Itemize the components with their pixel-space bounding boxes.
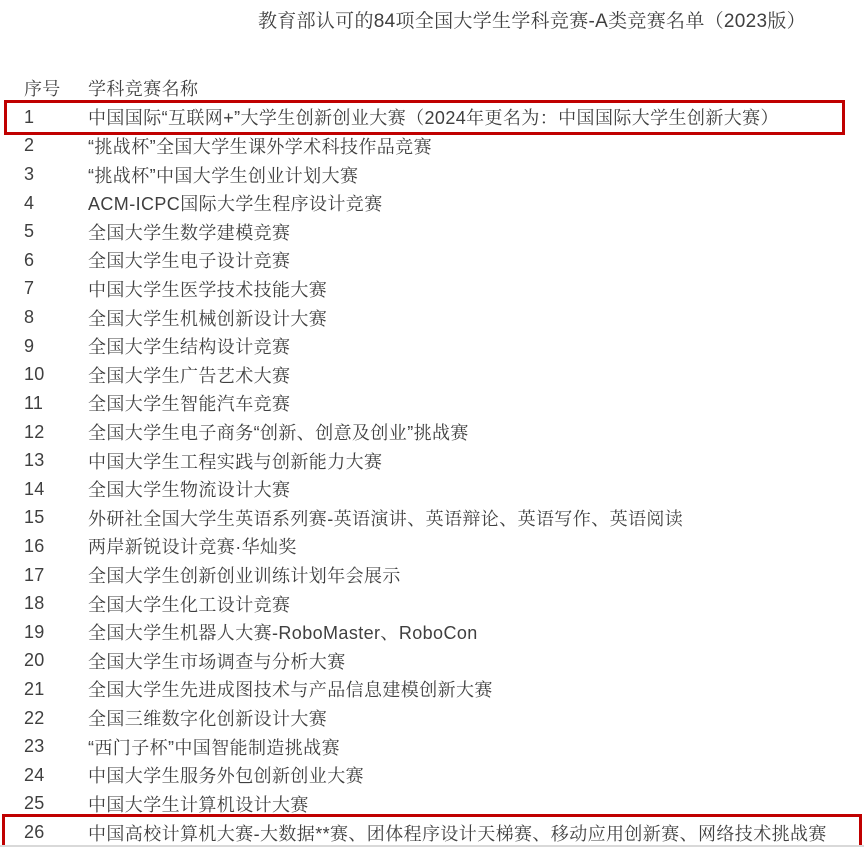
competition-name: 全国大学生智能汽车竞赛 — [88, 390, 864, 416]
row-index: 1 — [24, 107, 88, 128]
row-index: 21 — [24, 679, 88, 700]
competition-name: 中国大学生服务外包创新创业大赛 — [88, 762, 864, 788]
row-index: 11 — [24, 393, 88, 414]
table-row: 22 全国三维数字化创新设计大赛 — [0, 704, 864, 733]
table-row: 15 外研社全国大学生英语系列赛-英语演讲、英语辩论、英语写作、英语阅读 — [0, 504, 864, 533]
competition-name: 全国大学生机器人大赛-RoboMaster、RoboCon — [88, 619, 864, 645]
row-index: 26 — [24, 822, 88, 843]
table-row: 1 中国国际“互联网+”大学生创新创业大赛（2024年更名为：中国国际大学生创新… — [0, 103, 864, 132]
table-row: 5 全国大学生数学建模竞赛 — [0, 217, 864, 246]
table-row: 26 中国高校计算机大赛-大数据**赛、团体程序设计天梯赛、移动应用创新赛、网络… — [0, 818, 864, 847]
table-row: 3 “挑战杯”中国大学生创业计划大赛 — [0, 160, 864, 189]
column-header-name: 学科竞赛名称 — [88, 75, 864, 101]
competition-table: 序号 学科竞赛名称 1 中国国际“互联网+”大学生创新创业大赛（2024年更名为… — [0, 74, 864, 101]
competition-name: 全国大学生电子设计竞赛 — [88, 247, 864, 273]
row-index: 13 — [24, 450, 88, 471]
competition-name: ACM-ICPC国际大学生程序设计竞赛 — [88, 190, 864, 216]
table-row: 2 “挑战杯”全国大学生课外学术科技作品竞赛 — [0, 132, 864, 161]
table-row: 6 全国大学生电子设计竞赛 — [0, 246, 864, 275]
row-index: 4 — [24, 193, 88, 214]
competition-name: 中国大学生计算机设计大赛 — [88, 791, 864, 817]
table-row: 18 全国大学生化工设计竞赛 — [0, 589, 864, 618]
row-index: 16 — [24, 536, 88, 557]
table-row: 12 全国大学生电子商务“创新、创意及创业”挑战赛 — [0, 418, 864, 447]
row-index: 5 — [24, 221, 88, 242]
table-row: 4 ACM-ICPC国际大学生程序设计竞赛 — [0, 189, 864, 218]
row-index: 15 — [24, 507, 88, 528]
competition-name: “挑战杯”中国大学生创业计划大赛 — [88, 162, 864, 188]
competition-name: 中国高校计算机大赛-大数据**赛、团体程序设计天梯赛、移动应用创新赛、网络技术挑… — [88, 820, 864, 846]
competition-name: 全国大学生物流设计大赛 — [88, 476, 864, 502]
row-index: 17 — [24, 565, 88, 586]
document-page: 教育部认可的84项全国大学生学科竞赛-A类竞赛名单（2023版） 序号 学科竞赛… — [0, 0, 864, 847]
row-index: 14 — [24, 479, 88, 500]
row-index: 10 — [24, 364, 88, 385]
competition-name: 全国大学生创新创业训练计划年会展示 — [88, 562, 864, 588]
document-title: 教育部认可的84项全国大学生学科竞赛-A类竞赛名单（2023版） — [0, 11, 864, 33]
competition-name: 全国大学生化工设计竞赛 — [88, 591, 864, 617]
column-header-index: 序号 — [24, 75, 88, 101]
row-index: 6 — [24, 250, 88, 271]
row-index: 8 — [24, 307, 88, 328]
competition-name: 全国大学生广告艺术大赛 — [88, 362, 864, 388]
competition-name: 中国大学生工程实践与创新能力大赛 — [88, 448, 864, 474]
table-row: 25 中国大学生计算机设计大赛 — [0, 790, 864, 819]
competition-name: 两岸新锐设计竞赛·华灿奖 — [88, 533, 864, 559]
table-row: 17 全国大学生创新创业训练计划年会展示 — [0, 561, 864, 590]
table-header-row: 序号 学科竞赛名称 — [0, 74, 864, 101]
table-row: 7 中国大学生医学技术技能大赛 — [0, 275, 864, 304]
table-row: 11 全国大学生智能汽车竞赛 — [0, 389, 864, 418]
row-index: 25 — [24, 793, 88, 814]
table-row: 10 全国大学生广告艺术大赛 — [0, 360, 864, 389]
table-row: 21 全国大学生先进成图技术与产品信息建模创新大赛 — [0, 675, 864, 704]
competition-name: “西门子杯”中国智能制造挑战赛 — [88, 734, 864, 760]
row-index: 7 — [24, 278, 88, 299]
row-index: 23 — [24, 736, 88, 757]
table-row: 19 全国大学生机器人大赛-RoboMaster、RoboCon — [0, 618, 864, 647]
competition-name: 全国大学生先进成图技术与产品信息建模创新大赛 — [88, 676, 864, 702]
table-row: 9 全国大学生结构设计竞赛 — [0, 332, 864, 361]
competition-name: 全国大学生结构设计竞赛 — [88, 333, 864, 359]
competition-name: 全国大学生市场调查与分析大赛 — [88, 648, 864, 674]
table-row: 13 中国大学生工程实践与创新能力大赛 — [0, 446, 864, 475]
competition-name: 全国大学生电子商务“创新、创意及创业”挑战赛 — [88, 419, 864, 445]
competition-name: 全国大学生机械创新设计大赛 — [88, 305, 864, 331]
row-index: 9 — [24, 336, 88, 357]
row-index: 3 — [24, 164, 88, 185]
competition-name: 中国国际“互联网+”大学生创新创业大赛（2024年更名为：中国国际大学生创新大赛… — [88, 104, 864, 130]
table-row: 23 “西门子杯”中国智能制造挑战赛 — [0, 732, 864, 761]
competition-name: 外研社全国大学生英语系列赛-英语演讲、英语辩论、英语写作、英语阅读 — [88, 505, 864, 531]
row-index: 19 — [24, 622, 88, 643]
row-index: 20 — [24, 650, 88, 671]
row-index: 12 — [24, 422, 88, 443]
competition-name: 全国三维数字化创新设计大赛 — [88, 705, 864, 731]
competition-name: 中国大学生医学技术技能大赛 — [88, 276, 864, 302]
table-body: 1 中国国际“互联网+”大学生创新创业大赛（2024年更名为：中国国际大学生创新… — [0, 103, 864, 847]
table-row: 20 全国大学生市场调查与分析大赛 — [0, 647, 864, 676]
table-row: 8 全国大学生机械创新设计大赛 — [0, 303, 864, 332]
table-row: 16 两岸新锐设计竞赛·华灿奖 — [0, 532, 864, 561]
row-index: 24 — [24, 765, 88, 786]
row-index: 18 — [24, 593, 88, 614]
row-index: 2 — [24, 135, 88, 156]
competition-name: “挑战杯”全国大学生课外学术科技作品竞赛 — [88, 133, 864, 159]
table-row: 24 中国大学生服务外包创新创业大赛 — [0, 761, 864, 790]
competition-name: 全国大学生数学建模竞赛 — [88, 219, 864, 245]
row-index: 22 — [24, 708, 88, 729]
table-row: 14 全国大学生物流设计大赛 — [0, 475, 864, 504]
